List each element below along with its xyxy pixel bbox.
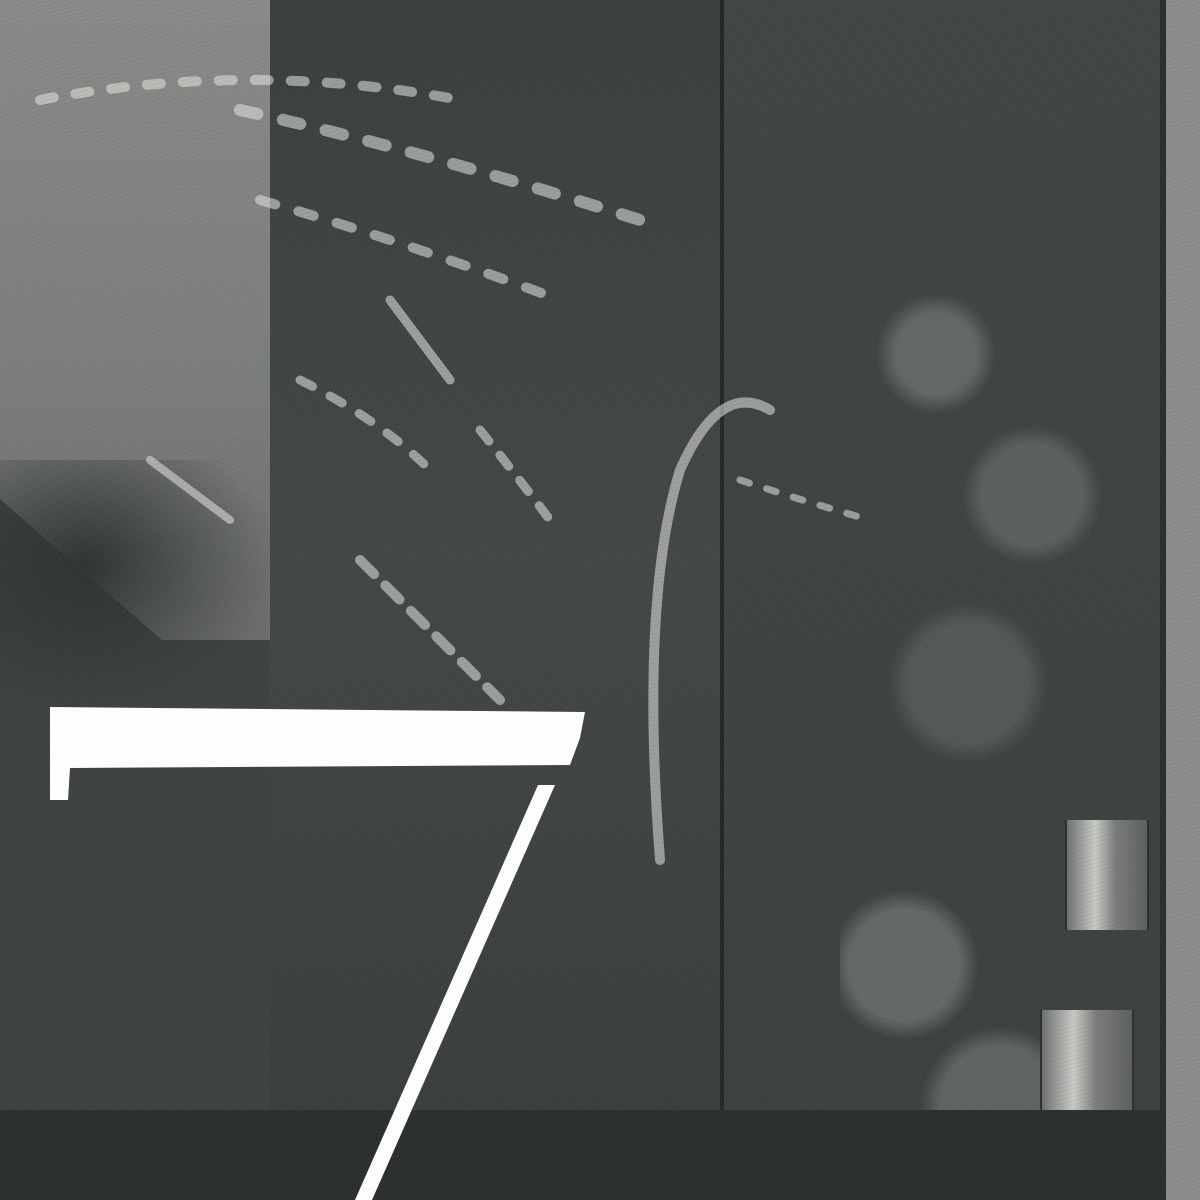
photo-frame-edge [1160,0,1200,1200]
vertical-frame-line [720,0,724,1200]
photograph: 7 [0,0,1200,1200]
shadow-region [0,460,280,720]
floor-shadow [0,1110,1160,1200]
metal-can-upper [1065,820,1149,930]
dark-wall [270,0,730,1110]
